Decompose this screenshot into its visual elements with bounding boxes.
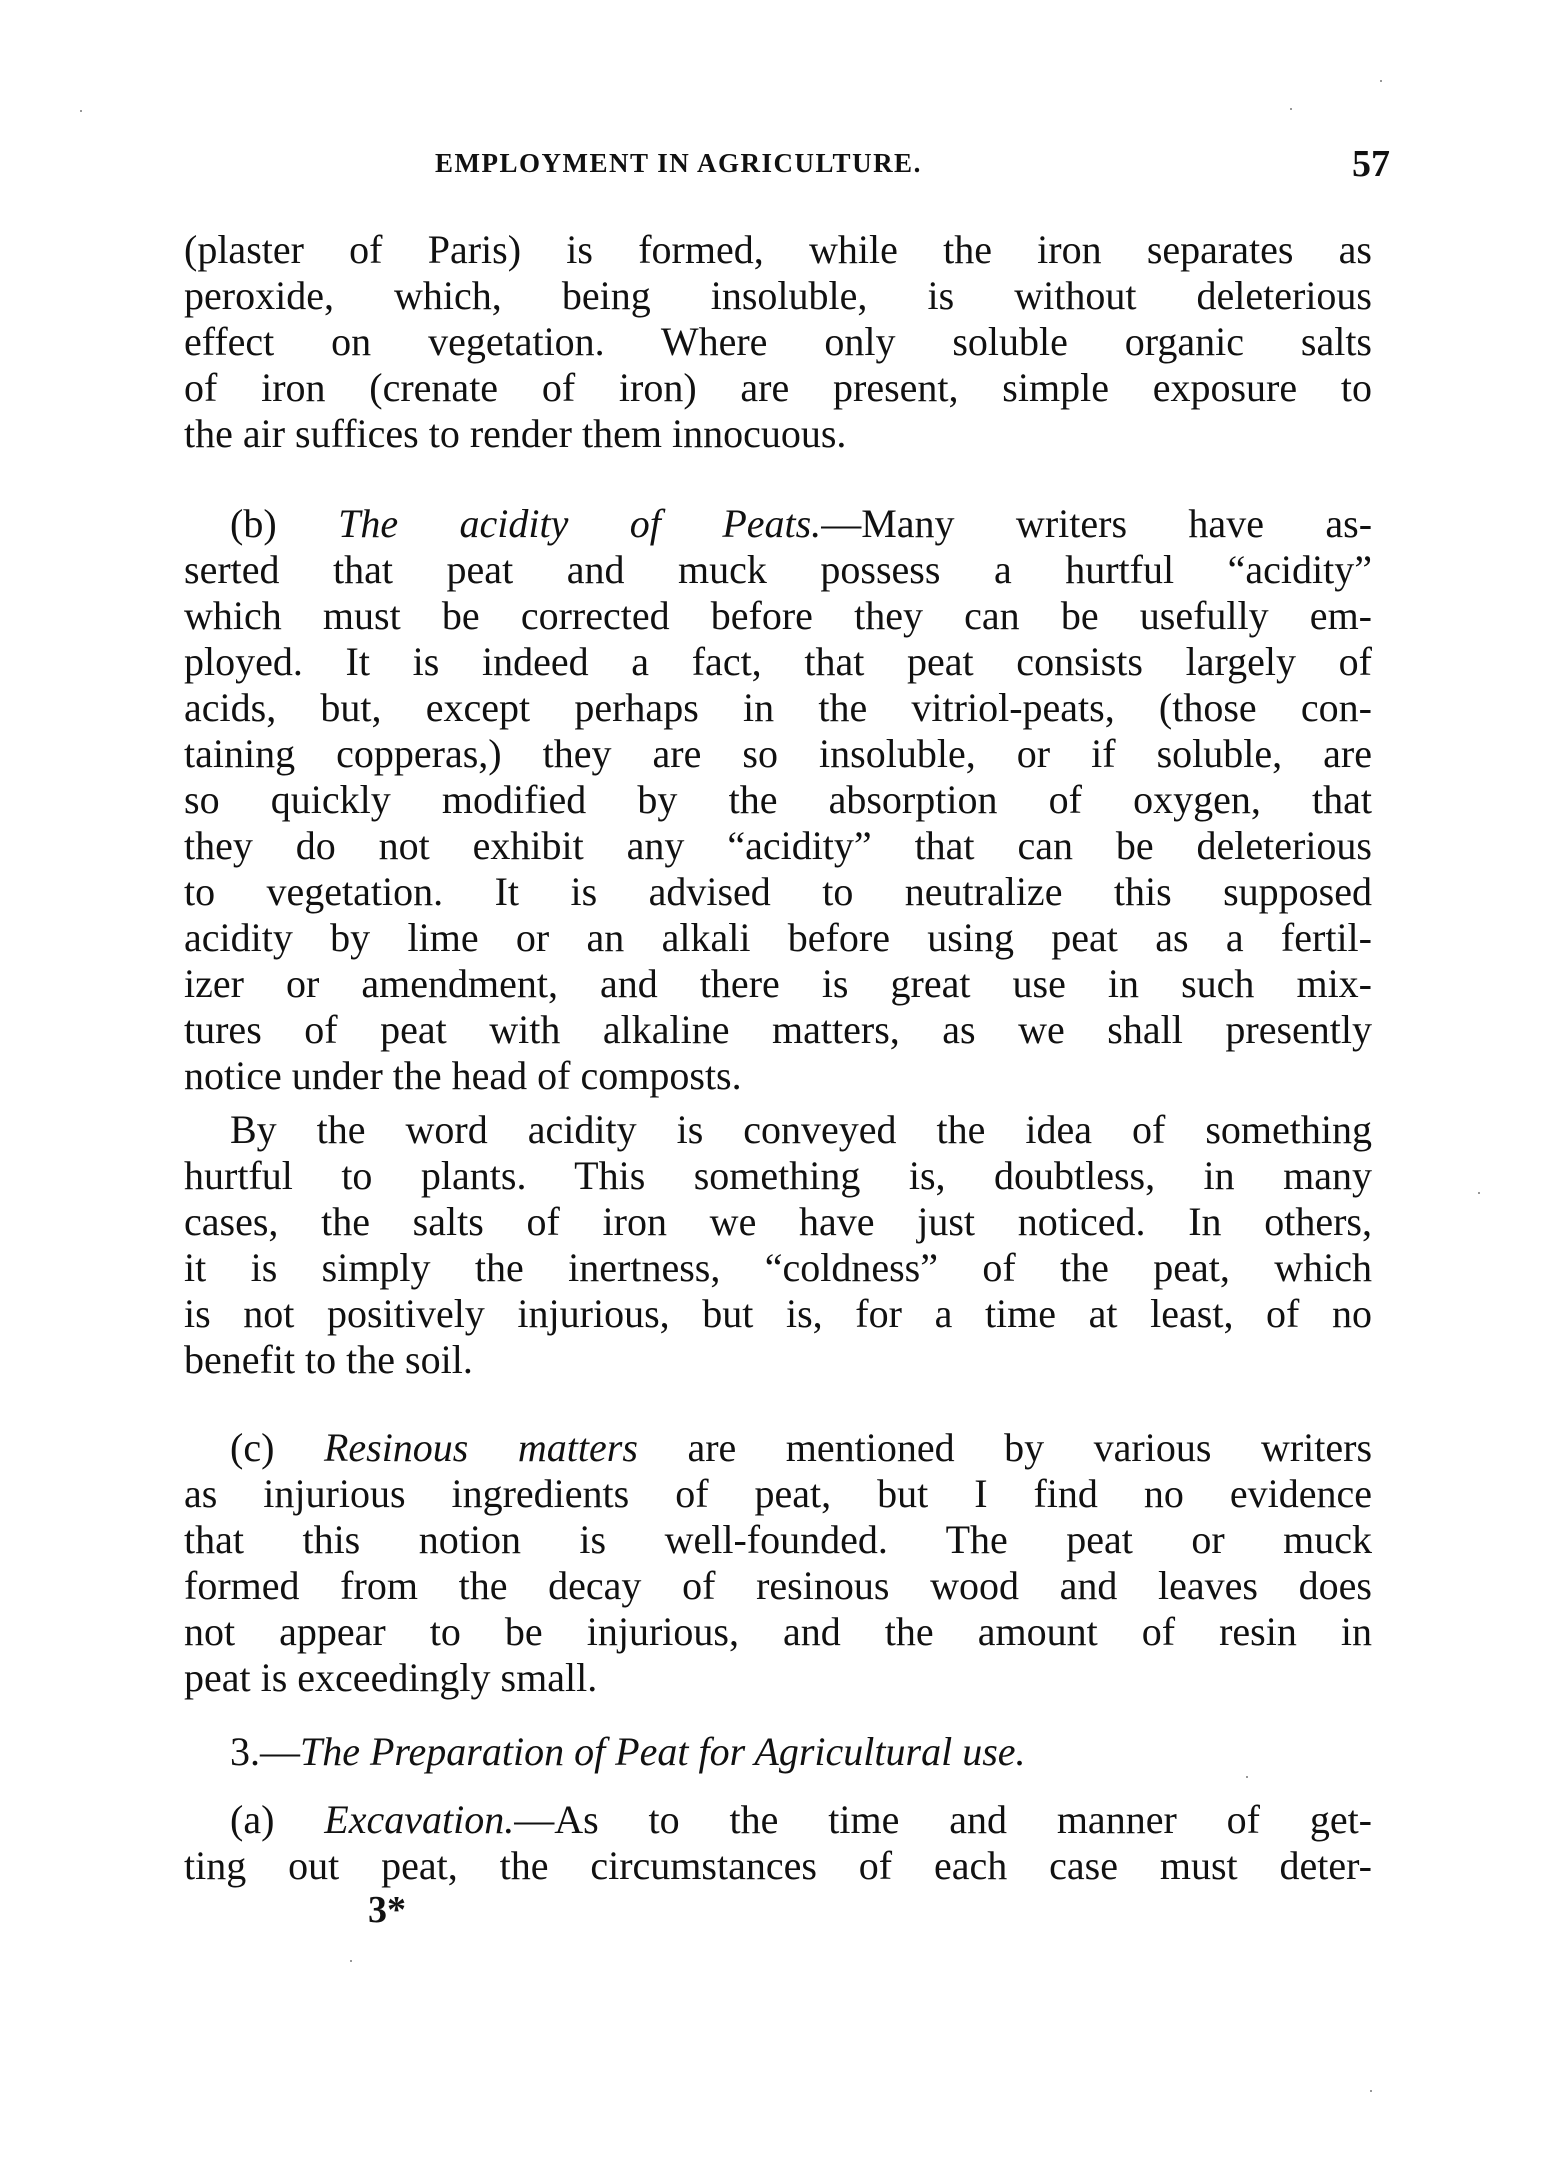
section-3-number: 3.— [230, 1729, 300, 1774]
text-line: izer or amendment, and there is great us… [184, 960, 1372, 1008]
page-header: Employment in Agriculture. 57 [430, 148, 1390, 188]
text-line: formed from the decay of resinous wood a… [184, 1562, 1372, 1610]
text-line: ployed. It is indeed a fact, that peat c… [184, 638, 1372, 686]
section-a-title: Excavation. [324, 1797, 514, 1842]
text-line: of iron (crenate of iron) are present, s… [184, 364, 1372, 412]
text-line: they do not exhibit any “acidity” that c… [184, 822, 1372, 870]
running-head: Employment in Agriculture. [435, 148, 922, 179]
text-line: (plaster of Paris) is formed, while the … [184, 226, 1372, 274]
section-c-first-line-text: are mentioned by various writers [687, 1425, 1372, 1470]
book-page: Employment in Agriculture. 57 (plaster o… [0, 0, 1543, 2179]
text-line: effect on vegetation. Where only soluble… [184, 318, 1372, 366]
signature-mark: 3* [368, 1886, 406, 1934]
text-line: notice under the head of composts. [184, 1052, 1372, 1100]
text-line: serted that peat and muck possess a hurt… [184, 546, 1372, 594]
section-3-title: The Preparation of Peat for Agricultural… [300, 1729, 1026, 1774]
text-line: peat is exceedingly small. [184, 1654, 1372, 1702]
section-c-label: (c) [230, 1425, 274, 1470]
text-line: as injurious ingredients of peat, but I … [184, 1470, 1372, 1518]
text-line: cases, the salts of iron we have just no… [184, 1198, 1372, 1246]
section-a-label: (a) [230, 1797, 274, 1842]
text-line: not appear to be injurious, and the amou… [184, 1608, 1372, 1656]
page-number: 57 [1352, 142, 1390, 186]
section-c-title: Resinous matters [324, 1425, 638, 1470]
text-line: peroxide, which, being insoluble, is wit… [184, 272, 1372, 320]
text-line: which must be corrected before they can … [184, 592, 1372, 640]
text-line: the air suffices to render them innocuou… [184, 410, 1372, 458]
text-line: hurtful to plants. This something is, do… [184, 1152, 1372, 1200]
section-3-heading: 3.—The Preparation of Peat for Agricultu… [230, 1728, 1026, 1776]
section-b-title: The acidity of Peats. [338, 501, 821, 546]
text-line: it is simply the inertness, “coldness” o… [184, 1244, 1372, 1292]
section-b-first-line: (b) The acidity of Peats.—Many writers h… [230, 500, 1372, 548]
text-line: ting out peat, the circumstances of each… [184, 1842, 1372, 1890]
text-line: to vegetation. It is advised to neutrali… [184, 868, 1372, 916]
section-a-first-line: (a) Excavation.—As to the time and manne… [230, 1796, 1372, 1844]
text-line: acids, but, except perhaps in the vitrio… [184, 684, 1372, 732]
text-line: By the word acidity is conveyed the idea… [230, 1106, 1372, 1154]
text-line: so quickly modified by the absorption of… [184, 776, 1372, 824]
text-line: acidity by lime or an alkali before usin… [184, 914, 1372, 962]
section-a-first-line-text: —As to the time and manner of get- [514, 1797, 1372, 1842]
text-line: is not positively injurious, but is, for… [184, 1290, 1372, 1338]
text-line: taining copperas,) they are so insoluble… [184, 730, 1372, 778]
text-line: that this notion is well-founded. The pe… [184, 1516, 1372, 1564]
text-line: benefit to the soil. [184, 1336, 1372, 1384]
text-line: tures of peat with alkaline matters, as … [184, 1006, 1372, 1054]
section-b-first-line-text: —Many writers have as- [821, 501, 1372, 546]
section-b-label: (b) [230, 501, 277, 546]
section-c-first-line: (c) Resinous matters are mentioned by va… [230, 1424, 1372, 1472]
